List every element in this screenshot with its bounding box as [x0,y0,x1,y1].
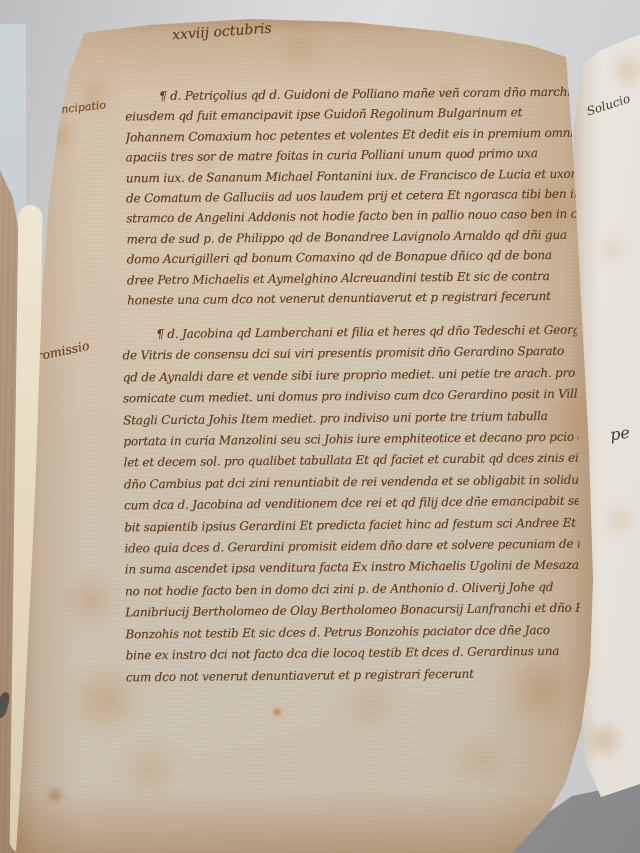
manuscript-photo: Solucio pe xxviij octubris Emancipatio p… [0,0,640,853]
stain-blot [270,705,284,719]
stain-blot [600,42,640,98]
date-heading: xxviij octubris [172,21,273,44]
stain-blot [440,720,520,800]
stain-blot [594,494,640,546]
manuscript-page: xxviij octubris Emancipatio promissio ¶ … [0,0,640,853]
entry-paragraph-promissio: ¶ d. Jacobina qd Lamberchani et filia et… [122,320,581,689]
stain-blot [50,560,130,640]
stain-blot [38,113,82,157]
facing-page-partial-word: pe [609,423,631,445]
stain-blot [43,783,67,807]
stain-blot [592,230,632,270]
stain-blot [274,22,326,74]
stain-blot [65,65,125,125]
entry-paragraph-emancipatio: ¶ d. Petriçolius qd d. Guidoni de Pollia… [125,82,582,311]
manuscript-line: honeste una cum dco not venerut denuntia… [127,286,582,311]
stain-blot [574,710,634,770]
stain-blot [105,725,195,815]
